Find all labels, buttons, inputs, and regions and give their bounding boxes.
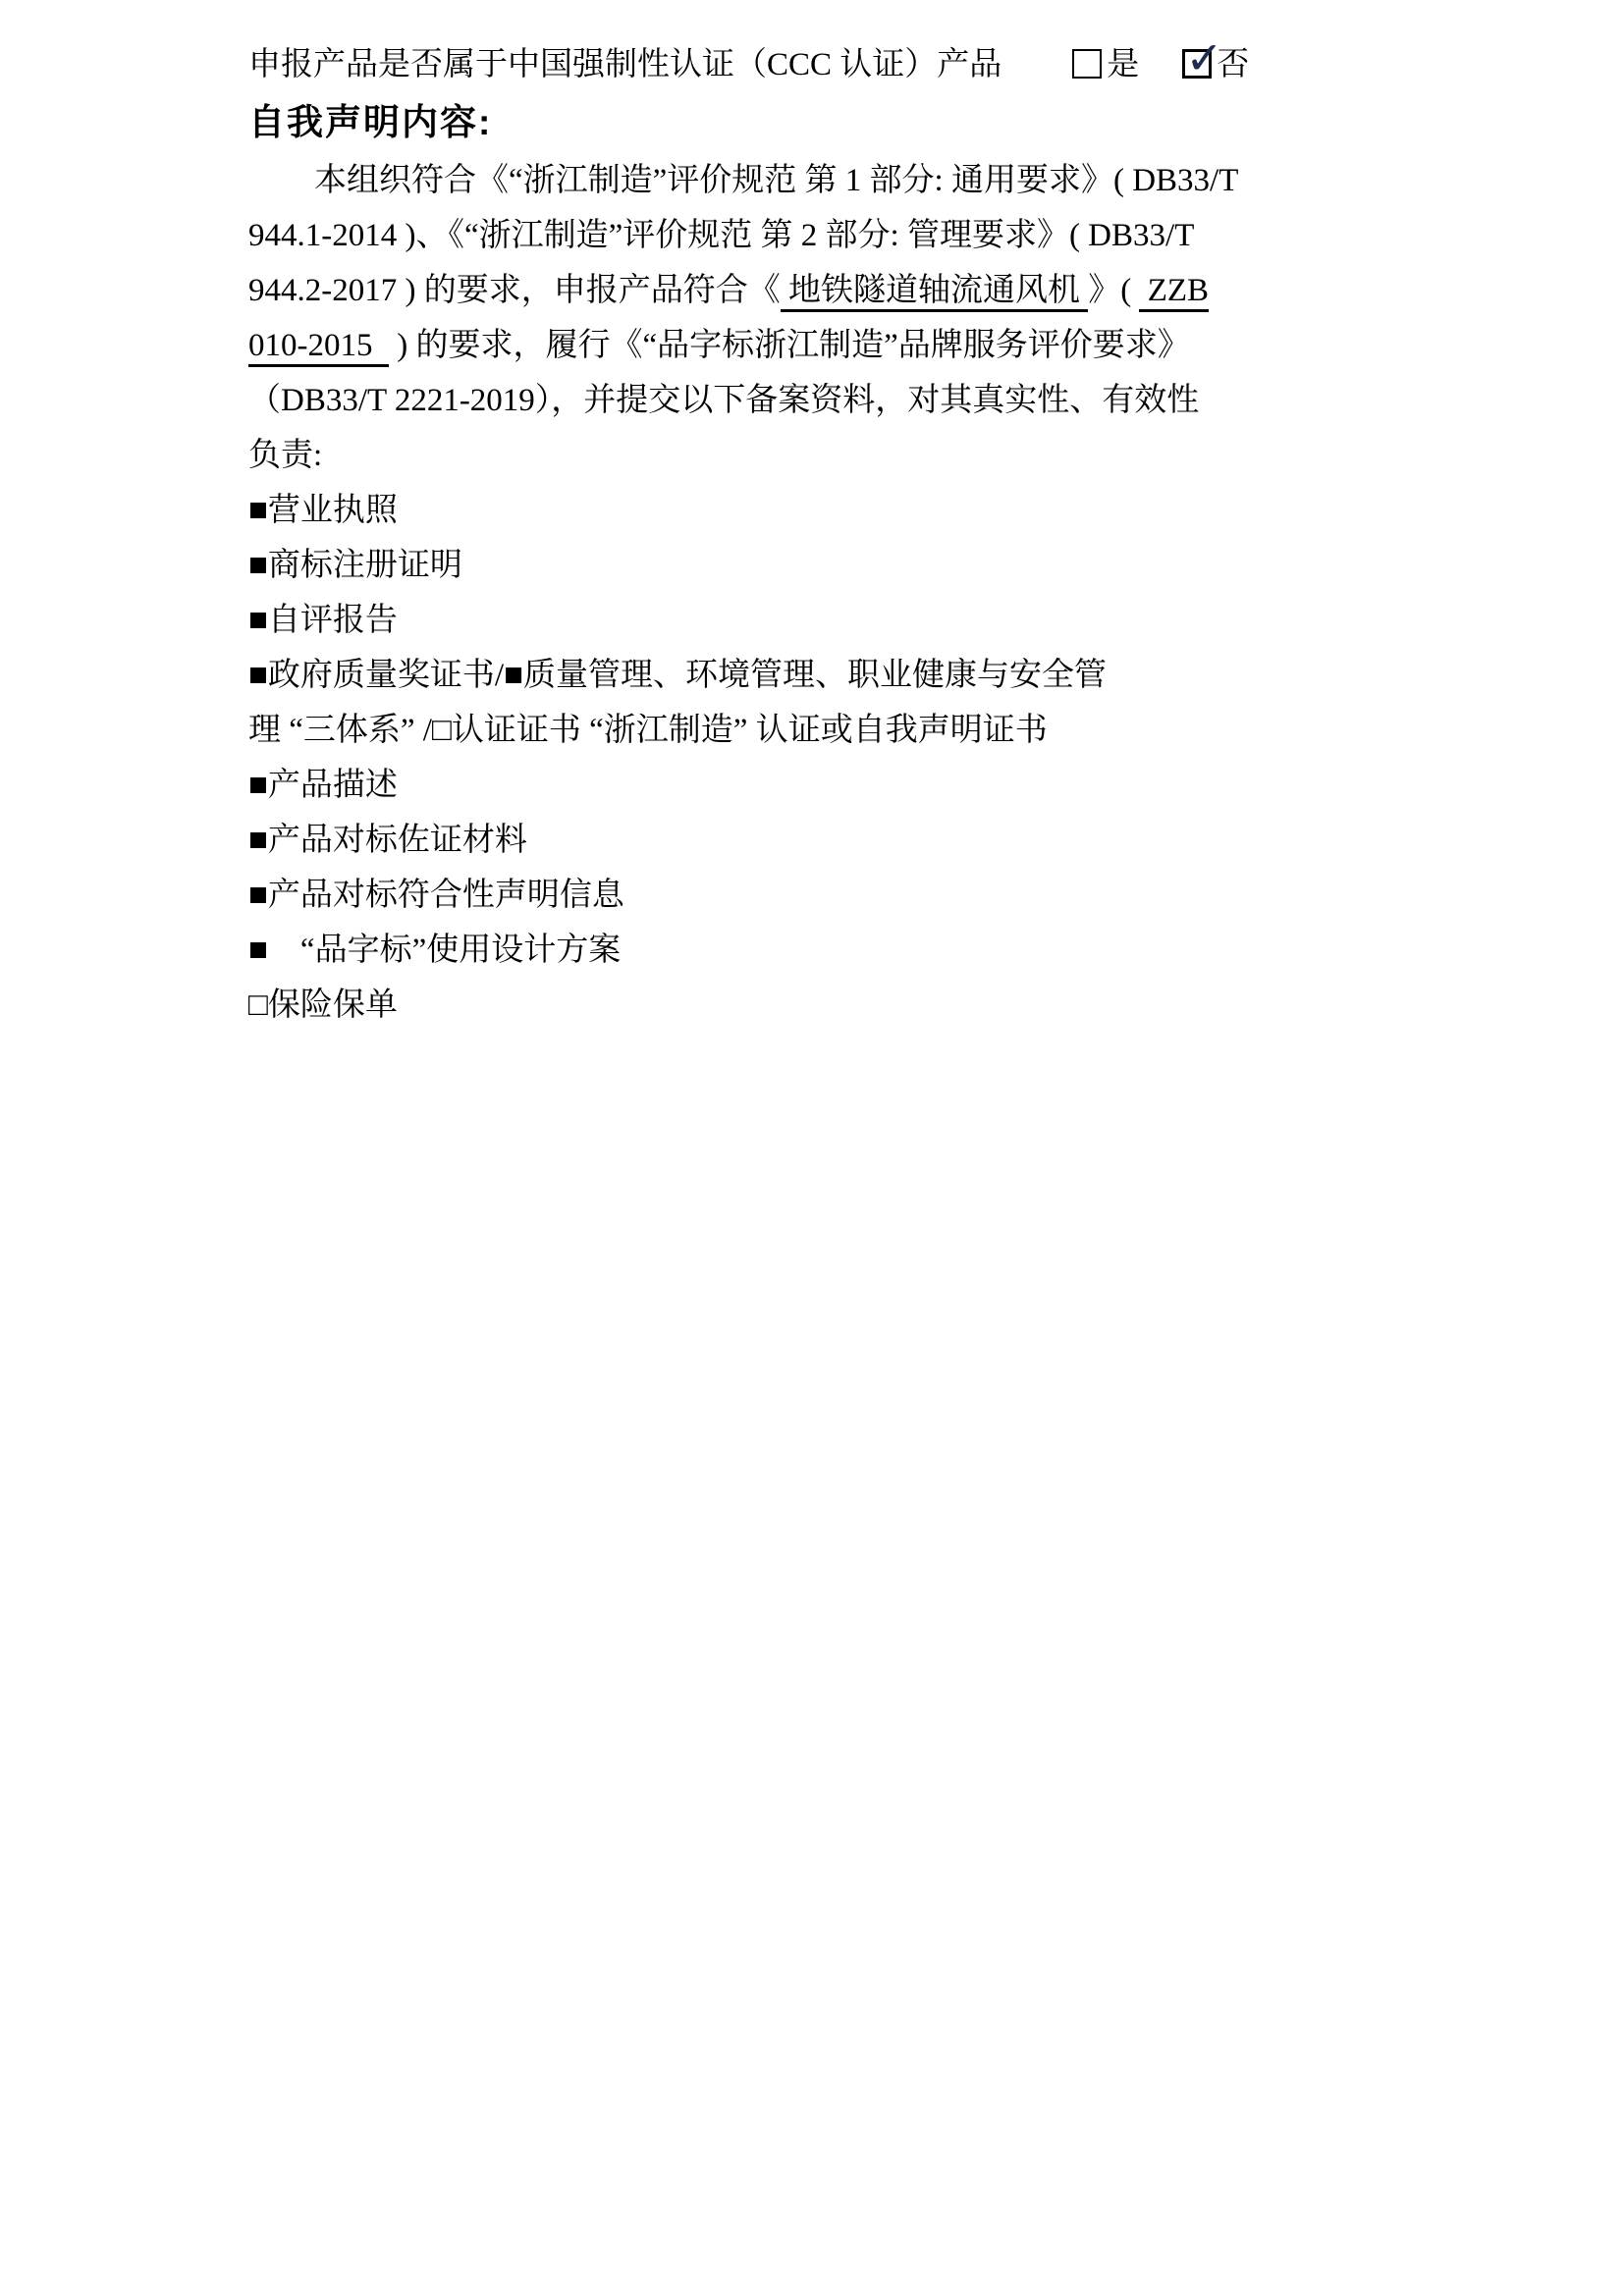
- checklist-line: ■ “品字标”使用设计方案: [248, 923, 1427, 978]
- document-page: 申报产品是否属于中国强制性认证（CCC 认证）产品是✓否 自我声明内容: 本组织…: [0, 0, 1624, 2296]
- declaration-line: 010-2015 ) 的要求，履行《“品字标浙江制造”品牌服务评价要求》: [248, 318, 1427, 373]
- declaration-paragraph: 本组织符合《“浙江制造”评价规范 第 1 部分: 通用要求》( DB33/T94…: [248, 153, 1427, 483]
- checklist-line: ■营业执照: [248, 483, 1427, 538]
- ccc-question-text: 申报产品是否属于中国强制性认证（CCC 认证）产品: [248, 47, 1001, 82]
- declaration-line: 负责:: [248, 428, 1427, 483]
- declaration-text: 944.2-2017 ) 的要求，申报产品符合《: [248, 273, 781, 308]
- declaration-text: ) 的要求，履行《“品字标浙江制造”品牌服务评价要求》: [389, 328, 1190, 363]
- check-icon: ✓: [1185, 35, 1223, 80]
- ccc-yes-option: 是: [1072, 37, 1139, 92]
- declaration-text: 负责:: [248, 438, 322, 473]
- declaration-line: （DB33/T 2221-2019），并提交以下备案资料，对其真实性、有效性: [248, 373, 1427, 428]
- ccc-no-option: ✓否: [1182, 37, 1249, 92]
- declaration-text: 944.1-2014 )、《“浙江制造”评价规范 第 2 部分: 管理要求》( …: [248, 218, 1194, 253]
- attachment-checklist: ■营业执照■商标注册证明■自评报告■政府质量奖证书/■质量管理、环境管理、职业健…: [248, 483, 1427, 1033]
- self-declaration-heading: 自我声明内容:: [248, 92, 1427, 153]
- checklist-line: ■政府质量奖证书/■质量管理、环境管理、职业健康与安全管: [248, 648, 1427, 703]
- declaration-line: 944.2-2017 ) 的要求，申报产品符合《 地铁隧道轴流通风机 》( ZZ…: [248, 263, 1427, 318]
- checklist-line: ■自评报告: [248, 593, 1427, 648]
- declaration-text: （DB33/T 2221-2019），并提交以下备案资料，对其真实性、有效性: [248, 383, 1199, 418]
- yes-checkbox[interactable]: [1072, 49, 1102, 79]
- ccc-question-line: 申报产品是否属于中国强制性认证（CCC 认证）产品是✓否: [248, 37, 1427, 92]
- document-content: 申报产品是否属于中国强制性认证（CCC 认证）产品是✓否 自我声明内容: 本组织…: [248, 37, 1427, 1033]
- declaration-line: 944.1-2014 )、《“浙江制造”评价规范 第 2 部分: 管理要求》( …: [248, 208, 1427, 263]
- checklist-line: ■商标注册证明: [248, 538, 1427, 593]
- checklist-line: □保险保单: [248, 978, 1427, 1033]
- yes-label: 是: [1107, 47, 1139, 82]
- checklist-line: ■产品描述: [248, 758, 1427, 813]
- no-checkbox[interactable]: ✓: [1182, 49, 1212, 79]
- underlined-fill-in: ZZB: [1139, 273, 1209, 312]
- checklist-line: 理 “三体系” /□认证证书 “浙江制造” 认证或自我声明证书: [248, 703, 1427, 758]
- declaration-text: 本组织符合《“浙江制造”评价规范 第 1 部分: 通用要求》( DB33/T: [314, 163, 1238, 198]
- underlined-fill-in: 010-2015: [248, 328, 389, 367]
- underlined-fill-in: 地铁隧道轴流通风机: [781, 273, 1089, 312]
- declaration-text: 》(: [1088, 273, 1139, 308]
- checklist-line: ■产品对标符合性声明信息: [248, 868, 1427, 923]
- checklist-line: ■产品对标佐证材料: [248, 813, 1427, 868]
- declaration-line: 本组织符合《“浙江制造”评价规范 第 1 部分: 通用要求》( DB33/T: [248, 153, 1427, 208]
